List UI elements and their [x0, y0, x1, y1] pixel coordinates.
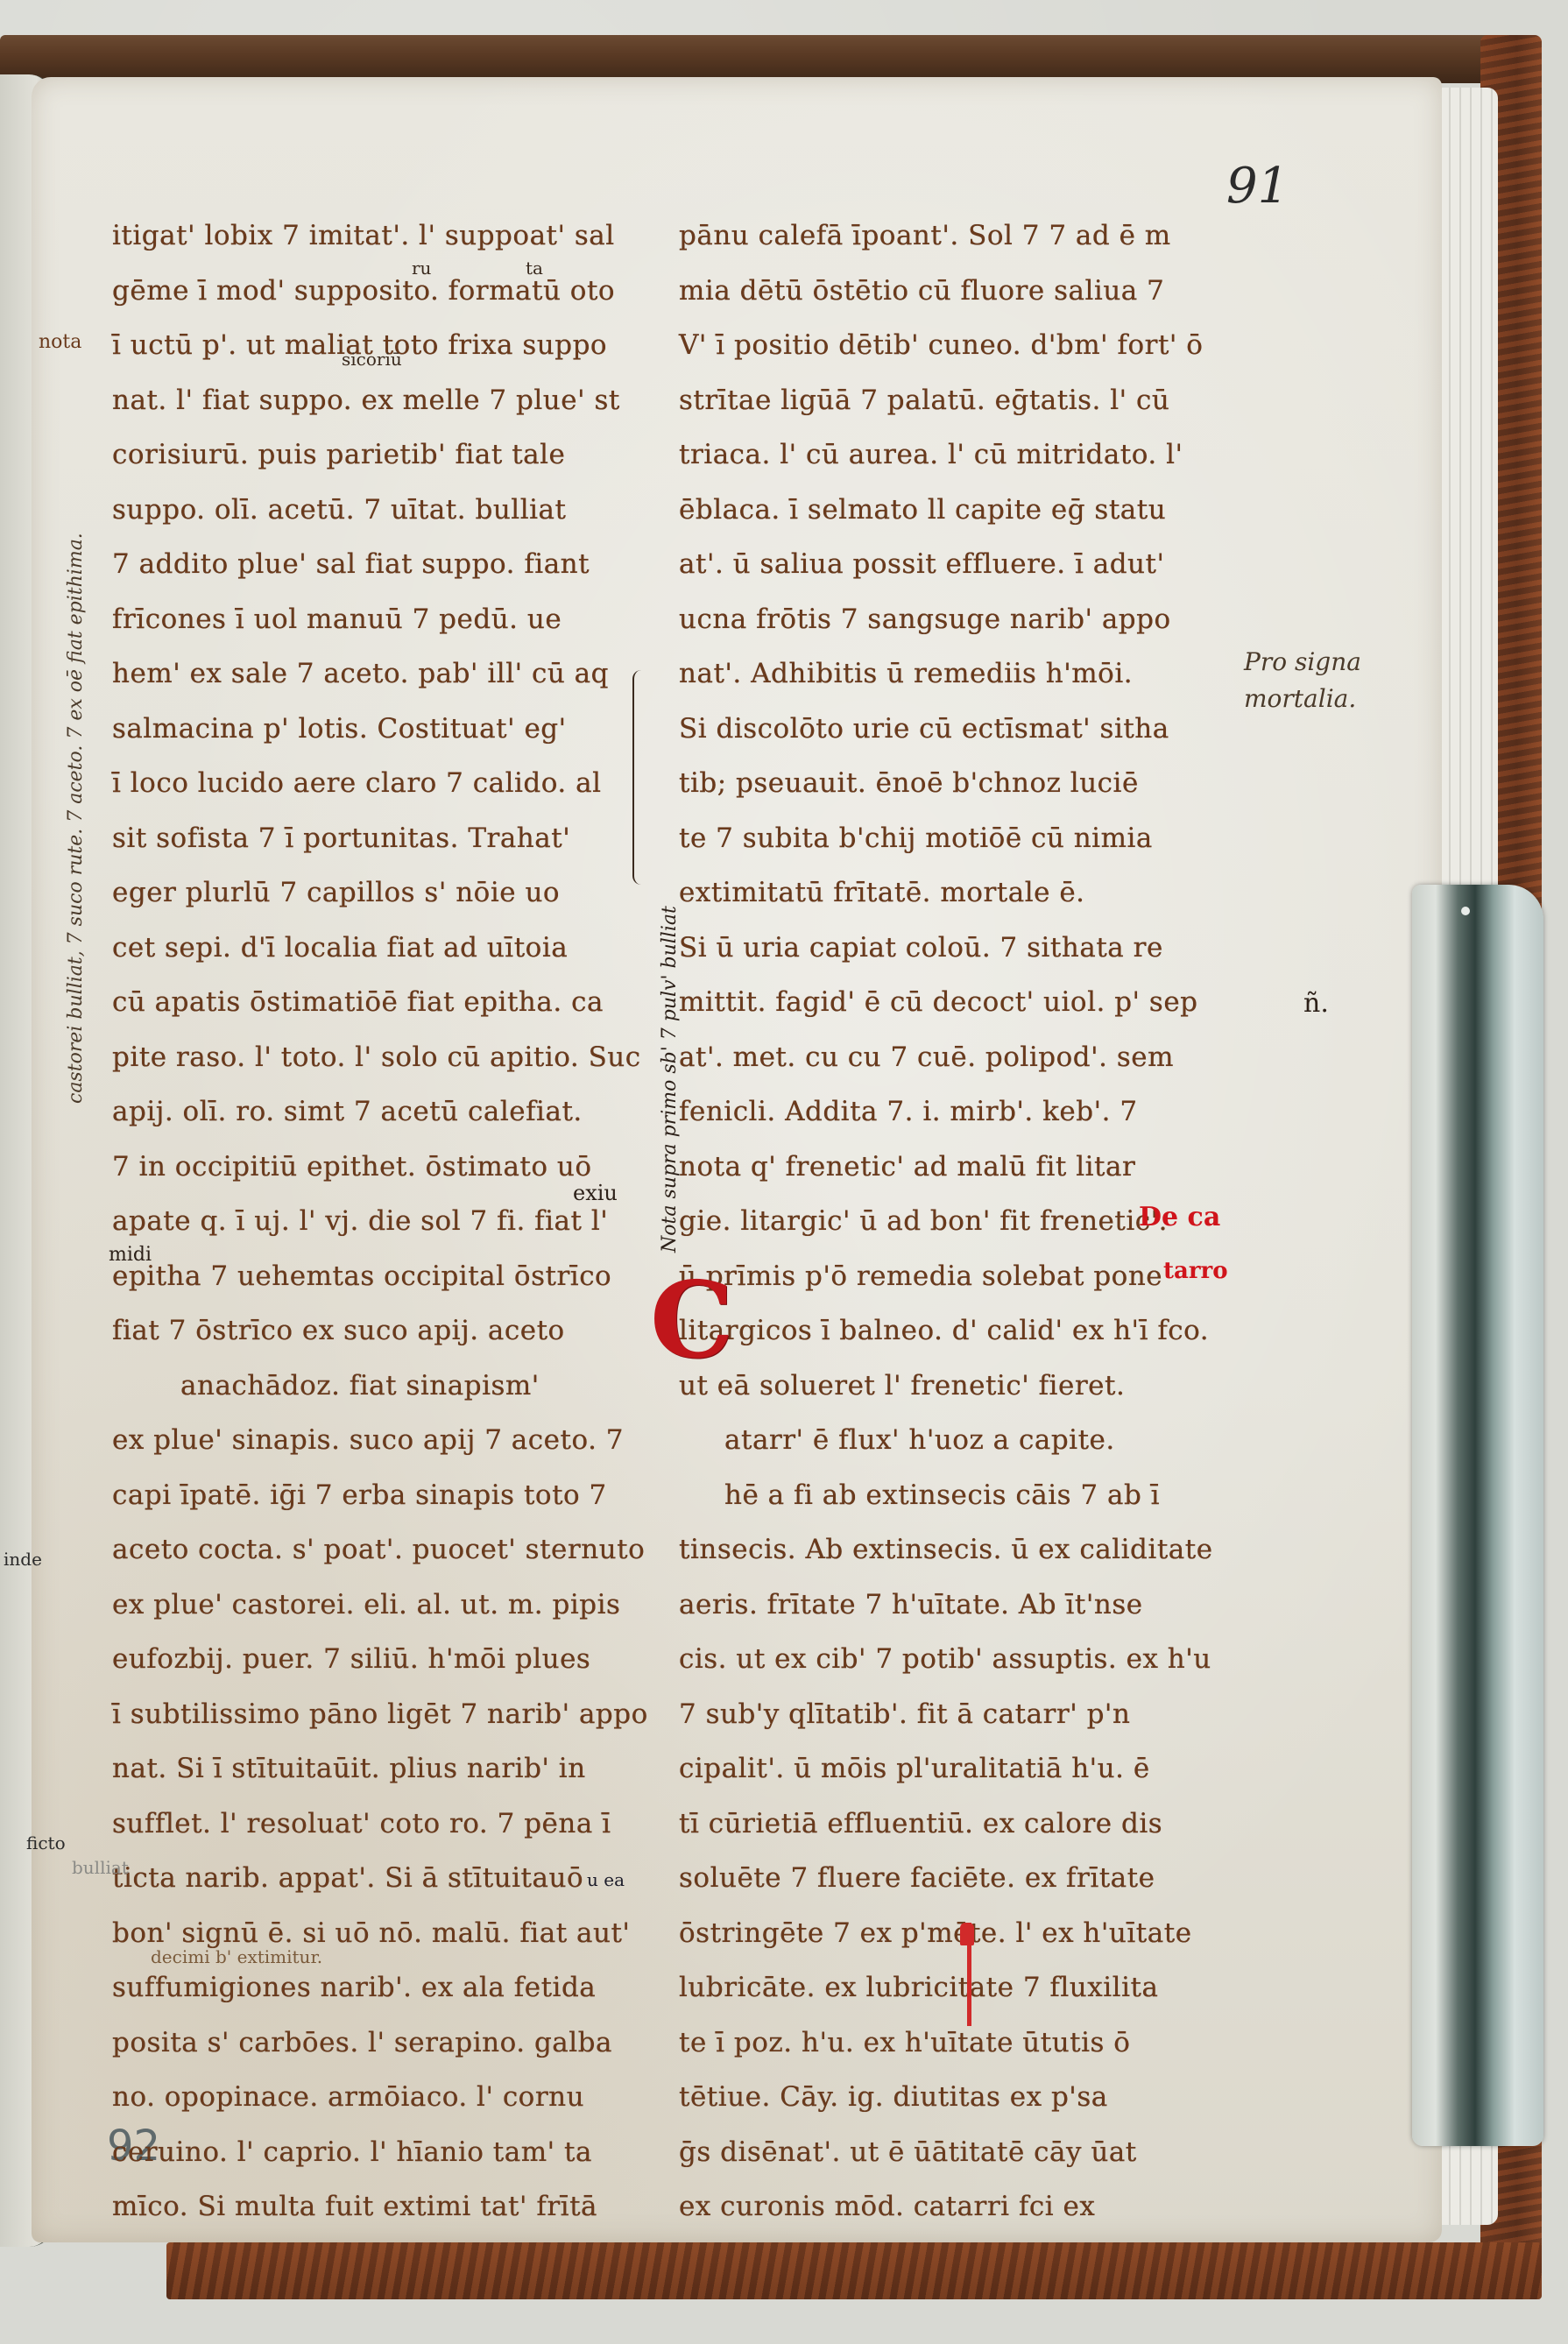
text-line: soluēte 7 fluere faciēte. ex frītate [679, 1851, 1248, 1906]
text-line: corisiurū. puis parietib' fiat tale [112, 427, 646, 483]
text-line: ḡs disēnat'. ut ē ūātitatē cāy ūat [679, 2125, 1248, 2180]
text-line: V' ī positio dētib' cuneo. d'bm' fort' ō [679, 318, 1248, 373]
text-line: tī cūrietiā effluentiū. ex calore dis [679, 1797, 1248, 1852]
interlinear-gloss: ru [412, 258, 431, 279]
text-line: itigat' lobix 7 imitat'. l' suppoat' sal [112, 208, 646, 264]
text-line: nat. l' fiat suppo. ex melle 7 plue' st [112, 373, 646, 428]
text-line: ex plue' castorei. eli. al. ut. m. pipis [112, 1578, 646, 1633]
text-line: salmacina p' lotis. Costituat' eg' [112, 702, 646, 757]
interlinear-gloss: u ea [587, 1869, 625, 1890]
gutter-note-vertical: Nota supra primo sb' 7 pulv' bulliat [659, 906, 681, 1253]
text-line: mittit. fagid' ē cū decoct' uiol. p' sep [679, 975, 1248, 1030]
paragraph-mark-tail [967, 1923, 971, 2026]
text-line: pite raso. l' toto. l' solo cū apitio. S… [112, 1030, 646, 1085]
text-line: tib; pseuauit. ēnoē b'chnoz luciē [679, 756, 1248, 811]
text-line: apij. olī. ro. simt 7 acetū calefiat. [112, 1084, 646, 1140]
gutter-note-midi: midi [109, 1244, 152, 1266]
metal-clasp [1412, 885, 1543, 2146]
margin-note-vertical-left: castorei bulliat, 7 suco rute. 7 aceto. … [65, 533, 87, 1104]
text-line: tinsecis. Ab extinsecis. ū ex caliditate [679, 1522, 1248, 1578]
text-line: sufflet. l' resoluat' coto ro. 7 pēna ī [112, 1797, 646, 1852]
text-line: te 7 subita b'chij motiōē cū nimia [679, 811, 1248, 866]
text-line: frīcones ī uol manuū 7 pedū. ue [112, 592, 646, 647]
text-line: strītae ligūā 7 palatū. eḡtatis. l' cū [679, 373, 1248, 428]
decorated-initial-c: C [650, 1268, 734, 1373]
text-line: ut eā solueret l' frenetic' fieret. [679, 1359, 1248, 1414]
text-line: extimitatū frītatē. mortale ē. [679, 865, 1248, 921]
text-line: ēblaca. ī selmato ll capite eḡ statu [679, 483, 1248, 538]
text-line: Si ū uria capiat coloū. 7 sithata re [679, 921, 1248, 976]
text-line: nota q' frenetic' ad malū fit litar [679, 1140, 1248, 1195]
text-line: Si discolōto urie cū ectīsmat' sitha [679, 702, 1248, 757]
text-line: capi īpatē. iḡi 7 erba sinapis toto 7 [112, 1468, 646, 1523]
interlinear-gloss: sicoriū [342, 349, 402, 370]
text-line: mīco. Si multa fuit extimi tat' frītā [112, 2179, 646, 2235]
nota-bracket [632, 670, 652, 885]
margin-note-signa-mortalia: Pro signa mortalia. [1244, 644, 1419, 717]
text-line: suffumigiones narib'. ex ala fetida [112, 1960, 646, 2016]
text-column-left: itigat' lobix 7 imitat'. l' suppoat' sal… [112, 208, 646, 2235]
folio-number: 91 [1226, 158, 1289, 215]
text-line: mia dētū ōstētio cū fluore saliua 7 [679, 264, 1248, 319]
text-line: te ī poz. h'u. ex h'uītate ūtutis ō [679, 2016, 1248, 2071]
text-line: aceto cocta. s' poat'. puocet' sternuto [112, 1522, 646, 1578]
text-line: no. opopinace. armōiaco. l' cornu [112, 2070, 646, 2125]
text-line: fiat 7 ōstrīco ex suco apij. aceto [112, 1303, 646, 1359]
binding-board-top [0, 35, 1524, 83]
text-line: fenicli. Addita 7. i. mirb'. keb'. 7 [679, 1084, 1248, 1140]
rubric-line-2: tarro [1163, 1258, 1228, 1284]
text-line: anachādoz. fiat sinapism' [112, 1359, 646, 1414]
text-line: nat. Si ī stītuitaūit. plius narib' in [112, 1741, 646, 1797]
text-line: ucna frōtis 7 sangsuge narib' appo [679, 592, 1248, 647]
text-line: ex curonis mōd. catarri fci ex [679, 2179, 1248, 2235]
text-line: apate q. ī uj. l' vj. die sol 7 fi. fiat… [112, 1194, 646, 1249]
text-line: 7 in occipitiū epithet. ōstimato uō [112, 1140, 646, 1195]
text-line: cet sepi. d'ī localia fiat ad uītoia [112, 921, 646, 976]
text-line: lubricāte. ex lubricitate 7 fluxilita [679, 1960, 1248, 2016]
interlinear-gloss: ta [526, 258, 543, 279]
text-line: tētiue. Cāy. ig. diutitas ex p'sa [679, 2070, 1248, 2125]
text-line: suppo. olī. acetū. 7 uītat. bulliat [112, 483, 646, 538]
text-line: nat'. Adhibitis ū remediis h'mōi. [679, 646, 1248, 702]
text-line: cis. ut ex cib' 7 potib' assuptis. ex h'… [679, 1632, 1248, 1687]
text-line: cipalit'. ū mōis pl'uralitatiā h'u. ē [679, 1741, 1248, 1797]
gutter-note-exiu: exiu [573, 1181, 618, 1205]
text-line: at'. met. cu cu 7 cuē. polipod'. sem [679, 1030, 1248, 1085]
margin-note-n: ñ. [1303, 988, 1329, 1019]
clasp-rivet-icon [1461, 907, 1470, 915]
text-line: triaca. l' cū aurea. l' cū mitridato. l' [679, 427, 1248, 483]
text-line: ceruino. l' caprio. l' hīanio tam' ta [112, 2125, 646, 2180]
text-line: ticta narib. appat'. Si ā stītuitauō [112, 1851, 646, 1906]
margin-note-ficto: ficto [26, 1832, 66, 1853]
binding-board-bottom [166, 2242, 1542, 2299]
text-line: atarr' ē flux' h'uoz a capite. [679, 1413, 1248, 1468]
text-line: hē a fi ab extinsecis cāis 7 ab ī [679, 1468, 1248, 1523]
margin-note-inde: inde [4, 1549, 42, 1570]
rubric-line-1: De ca [1139, 1202, 1220, 1232]
text-line: ī loco lucido aere claro 7 calido. al [112, 756, 646, 811]
text-line: eufozbij. puer. 7 siliū. h'mōi plues [112, 1632, 646, 1687]
text-line: 7 addito plue' sal fiat suppo. fiant [112, 537, 646, 592]
text-line: ī subtilissimo pāno ligēt 7 narib' appo [112, 1687, 646, 1742]
text-line: ex plue' sinapis. suco apij 7 aceto. 7 [112, 1413, 646, 1468]
text-line: eger plurlū 7 capillos s' nōie uo [112, 865, 646, 921]
text-line: at'. ū saliua possit effluere. ī adut' [679, 537, 1248, 592]
text-line: posita s' carbōes. l' serapino. galba [112, 2016, 646, 2071]
text-line: 7 sub'y qlītatib'. fit ā catarr' p'n [679, 1687, 1248, 1742]
text-line: cū apatis ōstimatiōē fiat epitha. ca [112, 975, 646, 1030]
text-line: hem' ex sale 7 aceto. pab' ill' cū aq [112, 646, 646, 702]
text-line: epitha 7 uehemtas occipital ōstrīco [112, 1249, 646, 1304]
text-line: sit sofista 7 ī portunitas. Trahat' [112, 811, 646, 866]
text-line: pānu calefā īpoant'. Sol 7 7 ad ē m [679, 208, 1248, 264]
margin-note-nota: nota [39, 331, 81, 353]
text-line: gēme ī mod' supposito. formatū oto [112, 264, 646, 319]
margin-note-bulliat: bulliat [72, 1857, 129, 1878]
text-line: aeris. frītate 7 h'uītate. Ab īt'nse [679, 1578, 1248, 1633]
text-line: litargicos ī balneo. d' calid' ex h'ī fc… [679, 1303, 1248, 1359]
catchword: decimi b' extimitur. [151, 1946, 322, 1967]
